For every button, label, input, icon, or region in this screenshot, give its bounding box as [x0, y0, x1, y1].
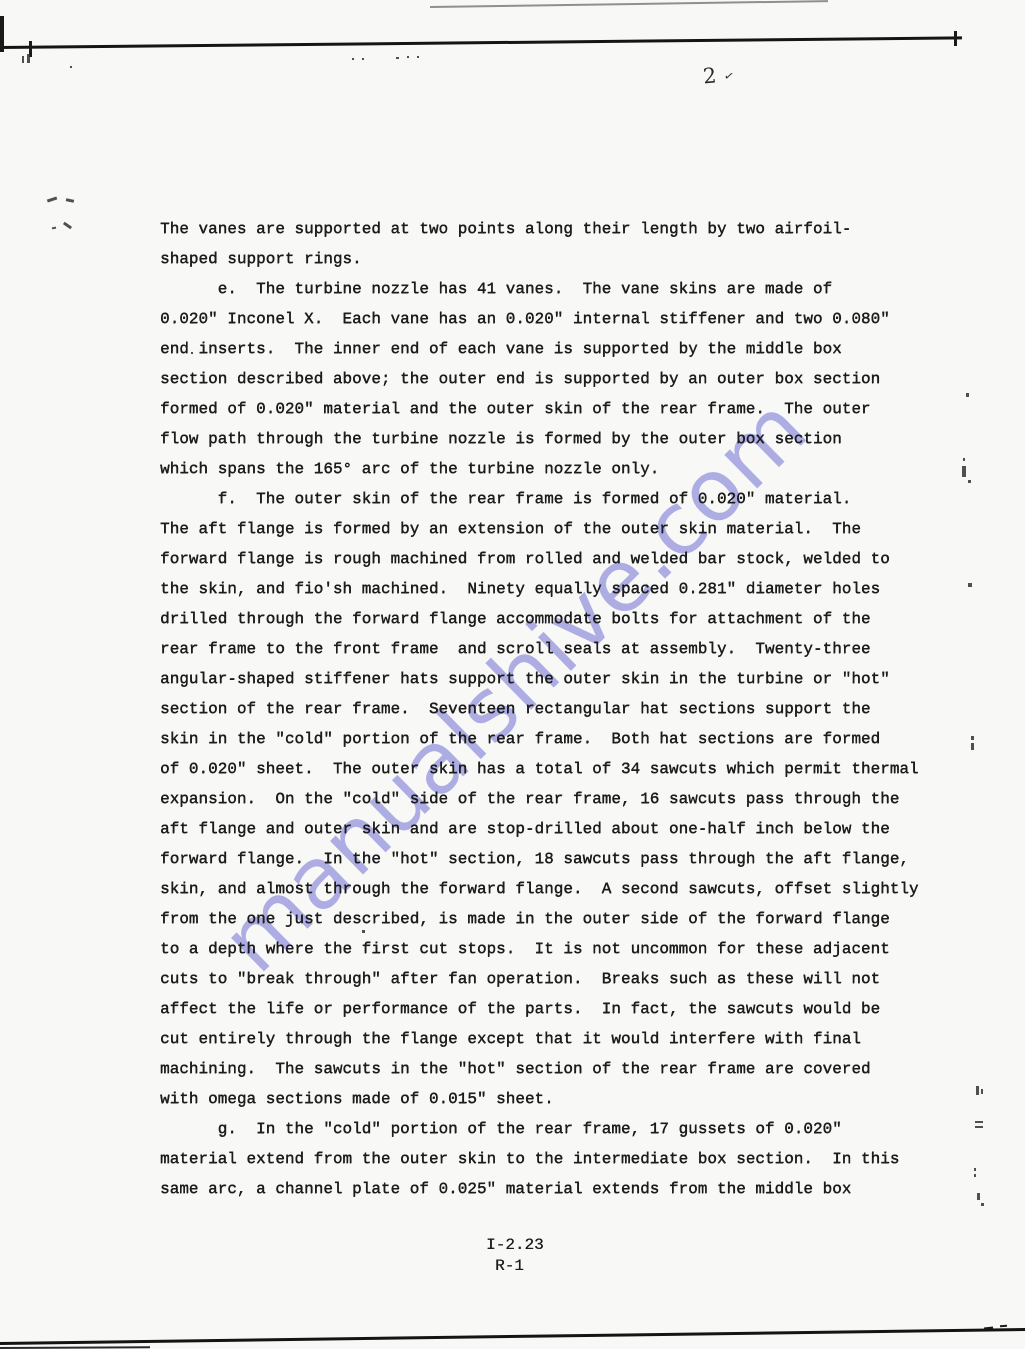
text-line: drilled through the forward flange accom… [160, 604, 960, 634]
text-line: with omega sections made of 0.015" sheet… [160, 1084, 960, 1114]
pencil-mark [52, 227, 56, 230]
handwritten-page-number: 2 [702, 63, 717, 88]
text-line: forward flange is rough machined from ro… [160, 544, 960, 574]
text-line: 0.020" Inconel X. Each vane has an 0.020… [160, 304, 960, 334]
scan-speck [27, 54, 30, 63]
text-line: the skin, and fio'sh machined. Ninety eq… [160, 574, 960, 604]
footer-revision: R-1 [495, 1257, 524, 1275]
scan-speck [976, 1086, 979, 1095]
scan-speck [981, 1203, 984, 1206]
text-line: rear frame to the front frame and scroll… [160, 634, 960, 664]
text-line: The aft flange is formed by an extension… [160, 514, 960, 544]
scan-speck [968, 583, 972, 587]
text-line: section of the rear frame. Seventeen rec… [160, 694, 960, 724]
text-line: angular-shaped stiffener hats support th… [160, 664, 960, 694]
body-text: The vanes are supported at two points al… [160, 214, 960, 1204]
text-line: forward flange. In the "hot" section, 18… [160, 844, 960, 874]
pencil-mark [63, 222, 72, 230]
text-line: material extend from the outer skin to t… [160, 1144, 960, 1174]
scan-speck [407, 56, 409, 58]
text-line: machining. The sawcuts in the "hot" sect… [160, 1054, 960, 1084]
text-line: e. The turbine nozzle has 41 vanes. The … [160, 274, 960, 304]
handwritten-check-mark: ✓ [723, 68, 735, 84]
footer-doc-number: I-2.23 [486, 1236, 544, 1254]
scan-speck [974, 1168, 976, 1171]
scan-speck [971, 743, 974, 750]
scan-speck [963, 458, 965, 461]
text-line: skin in the "cold" portion of the rear f… [160, 724, 960, 754]
text-line: aft flange and outer skin and are stop-d… [160, 814, 960, 844]
scan-speck [352, 58, 354, 60]
scan-speck [362, 58, 364, 60]
text-line: section described above; the outer end i… [160, 364, 960, 394]
scan-speck [962, 466, 966, 477]
scan-speck [981, 1089, 983, 1094]
scan-speck [975, 1126, 983, 1128]
scan-speck [977, 1193, 980, 1200]
scan-left-edge-bar [0, 16, 4, 52]
text-line: skin, and almost through the forward fla… [160, 874, 960, 904]
text-line: cuts to "break through" after fan operat… [160, 964, 960, 994]
scan-speck [22, 56, 24, 63]
scan-speck [975, 1121, 983, 1123]
text-line: of 0.020" sheet. The outer skin has a to… [160, 754, 960, 784]
text-line: shaped support rings. [160, 244, 960, 274]
scan-speck [974, 1174, 976, 1177]
scan-speck [1000, 1325, 1007, 1327]
text-line: f. The outer skin of the rear frame is f… [160, 484, 960, 514]
text-line: to a depth where the first cut stops. It… [160, 934, 960, 964]
top-horizontal-rule [0, 36, 962, 49]
bottom-horizontal-rule [0, 1328, 1025, 1345]
text-line: g. In the "cold" portion of the rear fra… [160, 1114, 960, 1144]
top-rule-right-tick [954, 31, 957, 46]
text-line: cut entirely through the flange except t… [160, 1024, 960, 1054]
text-line: affect the life or performance of the pa… [160, 994, 960, 1024]
pencil-mark [66, 198, 74, 202]
pencil-mark [47, 197, 57, 202]
text-line: which spans the 165° arc of the turbine … [160, 454, 960, 484]
scan-speck [966, 393, 969, 397]
text-line: same arc, a channel plate of 0.025" mate… [160, 1174, 960, 1204]
scan-speck [70, 66, 72, 68]
text-line: expansion. On the "cold" side of the rea… [160, 784, 960, 814]
scan-edge-line-top [430, 0, 828, 8]
scan-speck [417, 56, 419, 58]
text-line: end inserts. The inner end of each vane … [160, 334, 960, 364]
scan-speck [968, 480, 971, 483]
text-line: formed of 0.020" material and the outer … [160, 394, 960, 424]
text-line: The vanes are supported at two points al… [160, 214, 960, 244]
scan-speck [971, 736, 974, 740]
text-line: from the one just described, is made in … [160, 904, 960, 934]
text-line: flow path through the turbine nozzle is … [160, 424, 960, 454]
scan-speck [396, 57, 399, 59]
scanned-document-page: 2 ✓ manualshive.com The vanes are suppor… [0, 0, 1025, 1349]
